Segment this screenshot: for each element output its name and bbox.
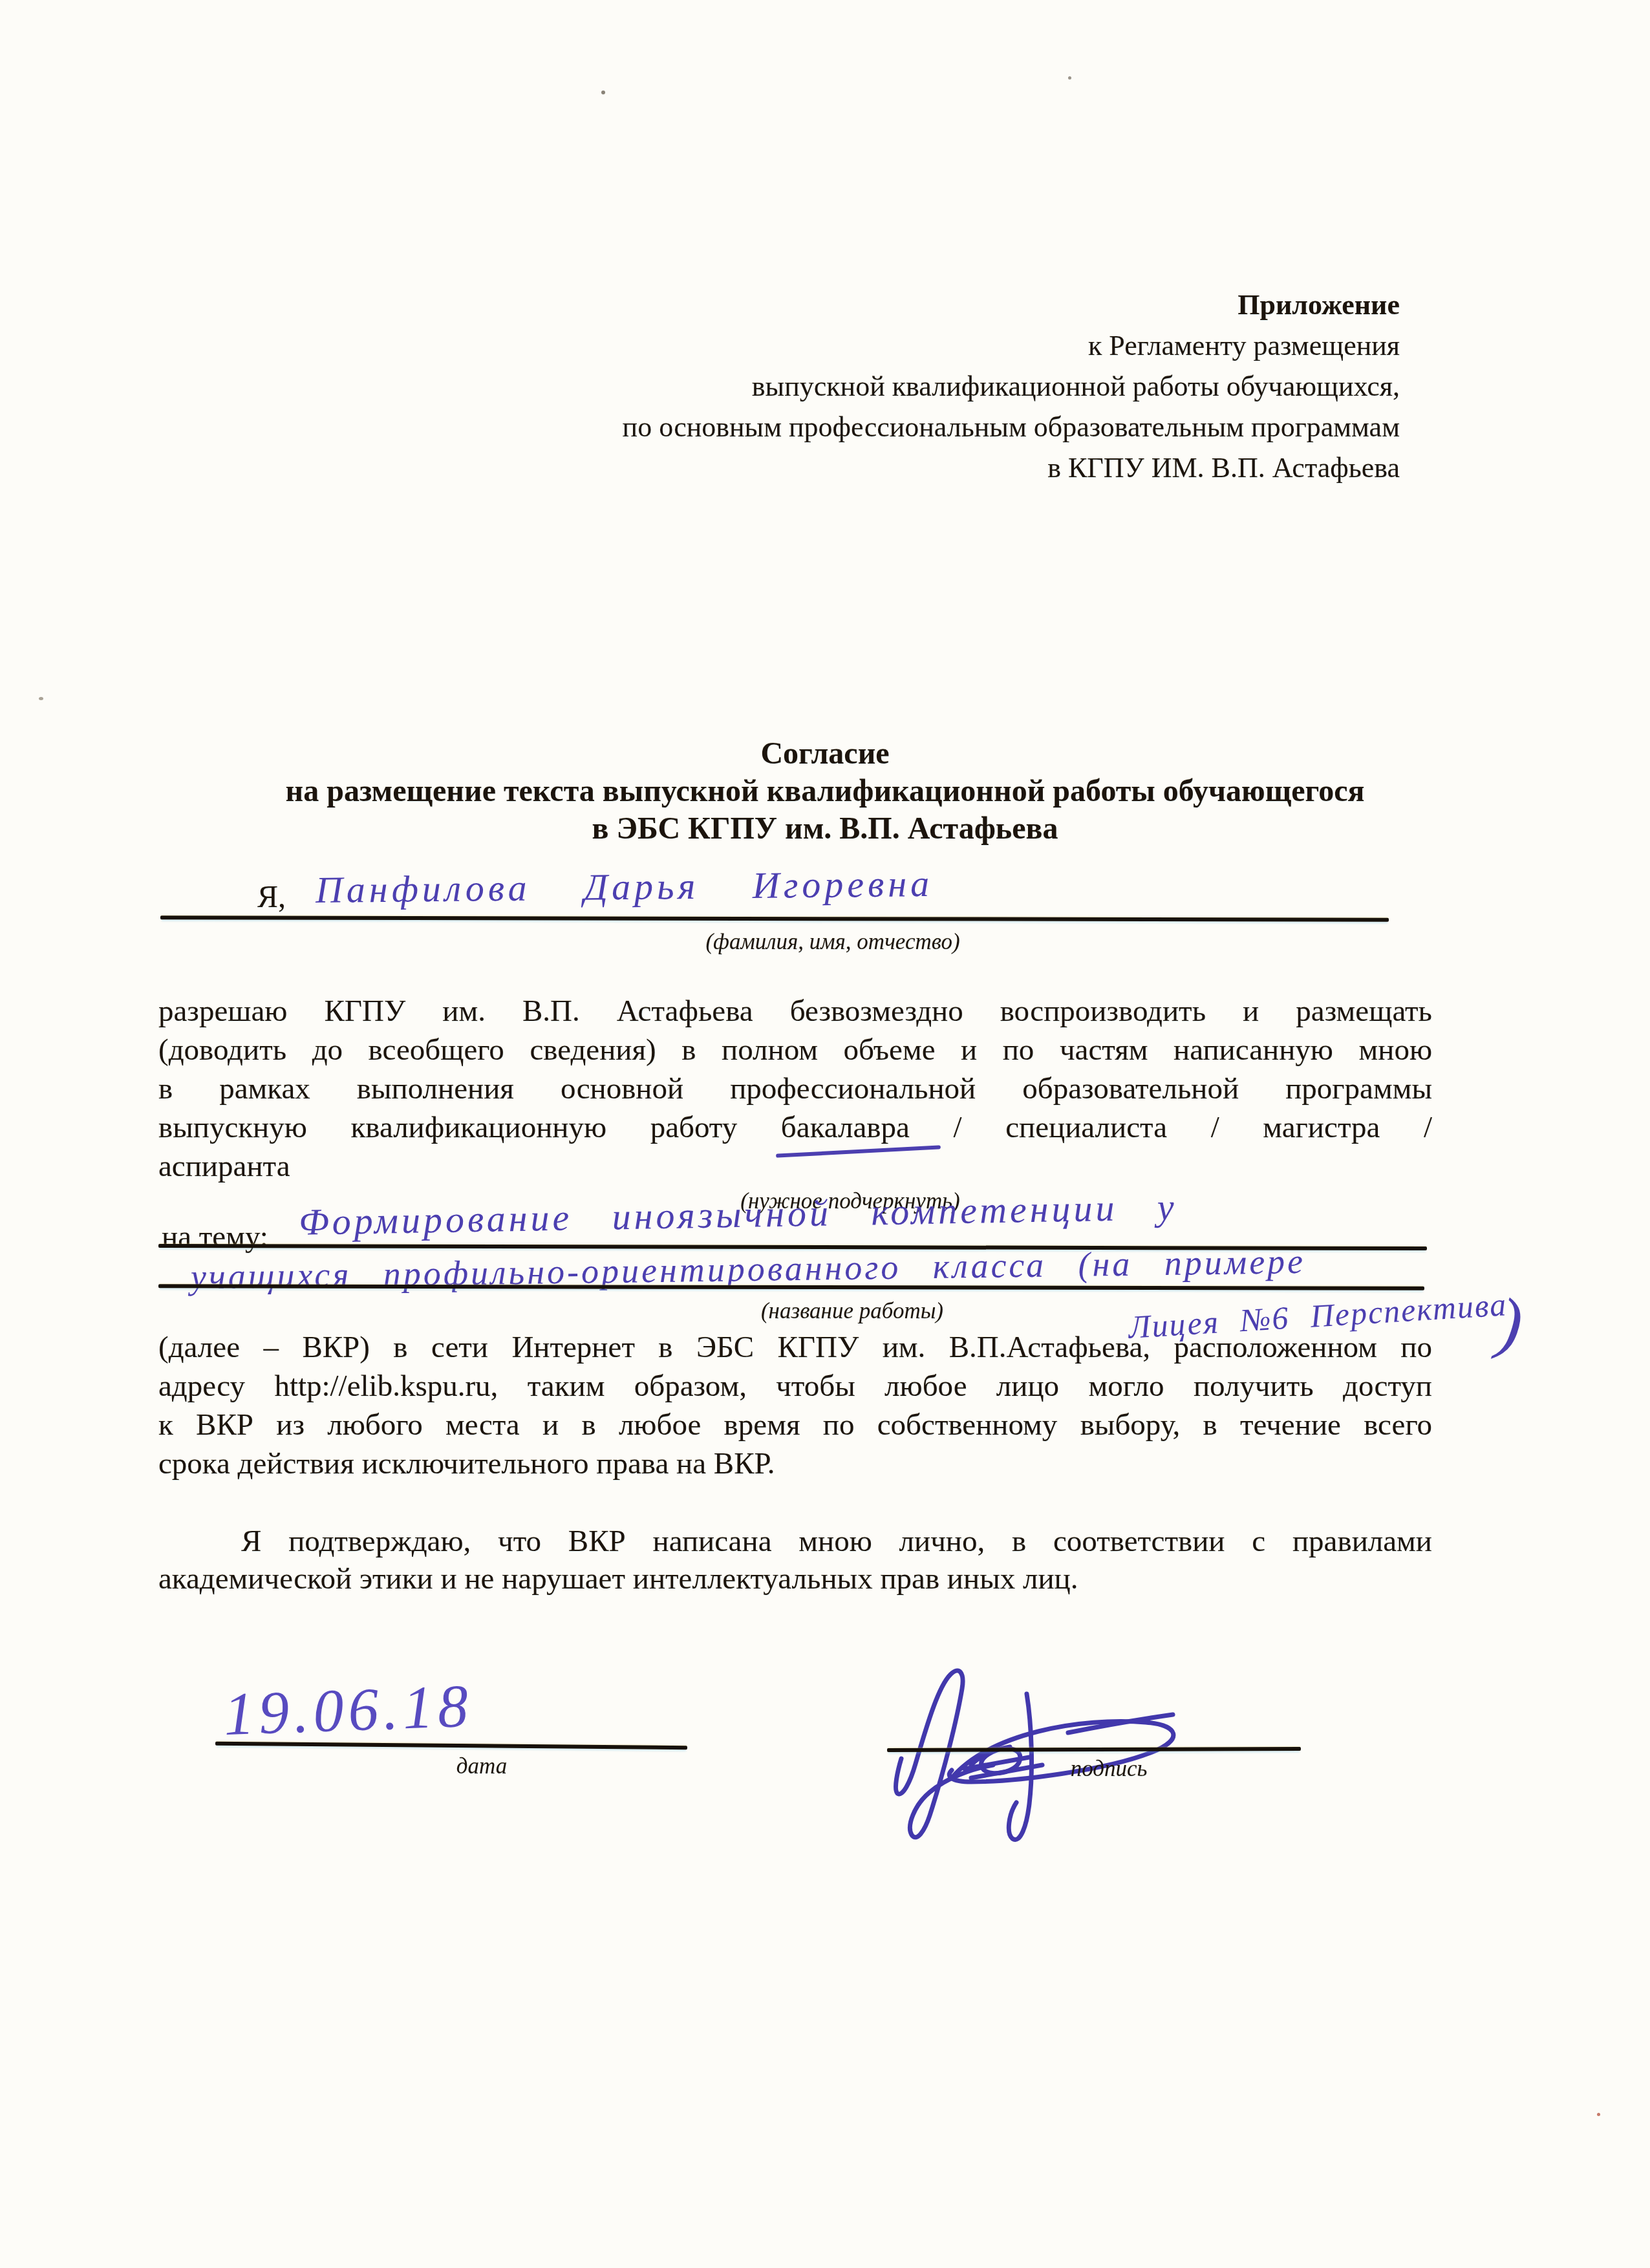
permission-line-5: аспиранта [158,1149,1432,1184]
confirmation-line-2: академической этики и не нарушает интелл… [158,1561,1432,1596]
topic-handwriting-line-1: Формирование иноязычной компетенции у [299,1185,1178,1244]
scan-speck [39,697,43,700]
header-line-5: в КГПУ ИМ. В.П. Астафьева [623,447,1400,488]
permission-line-2: (доводить до всеобщего сведения) в полно… [158,1032,1432,1067]
work-title-hint: (название работы) [691,1298,1014,1324]
scanned-consent-document: Приложение к Регламенту размещения выпус… [0,0,1650,2268]
header-line-2: к Регламенту размещения [623,325,1400,366]
degree-underlined-word: бакалавра [781,1111,910,1144]
vkr-line-1: (далее – ВКР) в сети Интернет в ЭБС КГПУ… [158,1330,1432,1365]
header-line-4: по основным профессиональным образовател… [623,407,1400,447]
fio-hint: (фамилия, имя, отчество) [671,929,994,955]
permission-line-3: в рамках выполнения основной профессиона… [158,1071,1432,1106]
topic-label: на тему: [162,1219,268,1254]
permission-line-4-before: выпускную квалификационную работу [158,1111,737,1144]
vkr-line-4: срока действия исключительного права на … [158,1446,1432,1481]
permission-line-1: разрешаю КГПУ им. В.П. Астафьева безвозм… [158,994,1432,1029]
signature-rule [887,1747,1301,1752]
permission-line-4-after: / специалиста / магистра / [954,1111,1433,1144]
date-value-handwritten: 19.06.18 [222,1671,474,1749]
declarant-name-handwritten: Панфилова Дарья Игоревна [316,862,934,912]
doc-title-line-1: Согласие [0,736,1650,771]
date-label: дата [401,1753,562,1779]
doc-title-line-3: в ЭБС КГПУ им. В.П. Астафьева [0,811,1650,846]
declarant-prefix: Я, [257,879,286,915]
permission-line-4: выпускную квалификационную работу бакала… [158,1110,1432,1145]
scan-speck [1068,76,1071,80]
confirmation-line-1: Я подтверждаю, что ВКР написана мною лич… [158,1524,1432,1559]
appendix-header: Приложение к Регламенту размещения выпус… [623,284,1400,488]
vkr-line-2: адресу http://elib.kspu.ru, таким образо… [158,1369,1432,1404]
date-rule [215,1742,687,1749]
scan-speck [601,91,605,94]
vkr-line-3: к ВКР из любого места и в любое время по… [158,1407,1432,1442]
scan-speck [1597,2113,1600,2116]
header-line-1: Приложение [623,284,1400,325]
doc-title-line-2: на размещение текста выпускной квалифика… [0,773,1650,809]
header-line-3: выпускной квалификационной работы обучаю… [623,366,1400,407]
signature-label: подпись [1028,1756,1190,1782]
name-rule [160,915,1389,921]
